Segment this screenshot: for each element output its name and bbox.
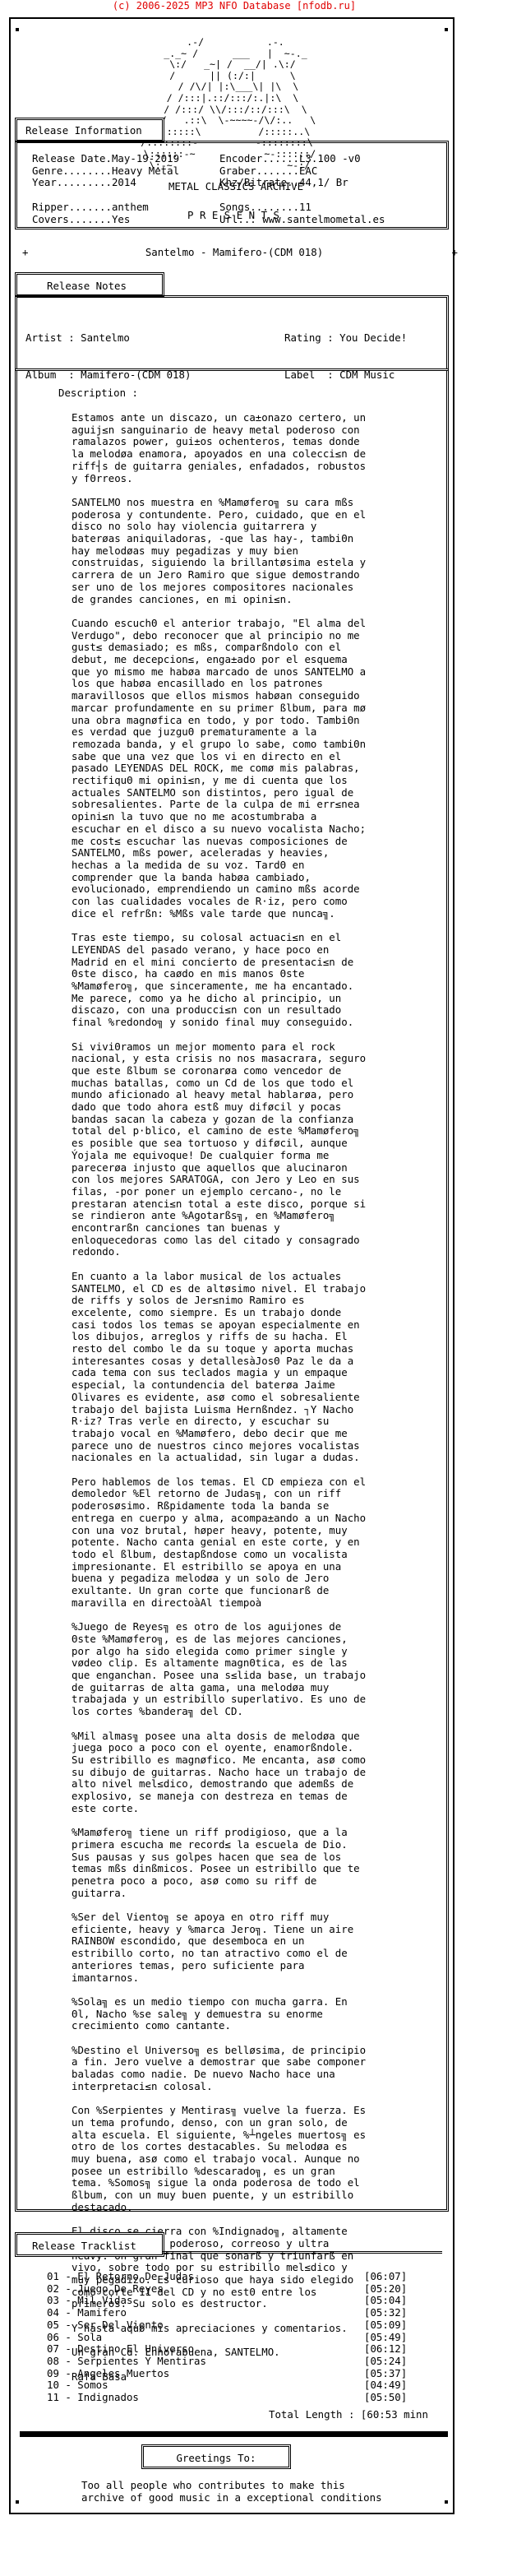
description-paragraph: Pero hablemos de los temas. El CD empiez… — [72, 1476, 450, 1610]
track-title: 06 - Sola — [47, 2332, 364, 2344]
description-paragraph: En cuanto a la labor musical de los actu… — [72, 1271, 450, 1464]
description-paragraph: Con %Serpientes y Mentiras╗ vuelve la fu… — [72, 2105, 450, 2213]
plus-marker: + — [22, 246, 28, 258]
track-row: 10 - Somos[04:49] — [47, 2379, 441, 2392]
corner-marker — [16, 2500, 19, 2504]
track-title: 09 - Angeles Muertos — [47, 2368, 364, 2380]
description-paragraph: %Sola╗ es un medio tiempo con mucha garr… — [72, 1996, 450, 2032]
track-length: [06:12] — [364, 2343, 407, 2356]
track-row: 06 - Sola[05:49] — [47, 2332, 441, 2344]
release-title: Santelmo - Mamifero-(CDM 018) — [22, 246, 446, 258]
release-info-tab-label: Release Information — [25, 124, 142, 137]
release-info-right-column: Encoder......L3.100 -v0 Graber.......EAC… — [219, 153, 385, 225]
track-title: 04 - Mamifero — [47, 2307, 364, 2319]
description-body: Estamos ante un discazo, un ca±onazo cer… — [72, 412, 450, 2395]
track-title: 11 - Indignados — [47, 2392, 364, 2404]
copyright-notice: (c) 2006-2025 MP3 NFO Database [nfodb.ru… — [0, 0, 468, 12]
track-length: [05:09] — [364, 2319, 407, 2332]
track-row: 03 - Mil Vidas[05:04] — [47, 2295, 441, 2307]
tracklist-tab: Release Tracklist — [15, 2232, 164, 2257]
track-list: 01 - El Retorno De Judas[06:07]02 - Jueg… — [47, 2271, 441, 2404]
track-length: [05:37] — [364, 2368, 407, 2380]
description-paragraph: SANTELMO nos muestra en %Mamøfero╗ su ca… — [72, 497, 450, 605]
track-row: 05 - Ser Del Viento[05:09] — [47, 2319, 441, 2332]
track-title: 01 - El Retorno De Judas — [47, 2271, 364, 2283]
corner-marker — [445, 2500, 448, 2504]
track-length: [05:24] — [364, 2356, 407, 2368]
description-paragraph: Cuando escuchΘ el anterior trabajo, "El … — [72, 618, 450, 920]
description-paragraph: %Mamøfero╗ tiene un riff prodigioso, que… — [72, 1827, 450, 1899]
track-title: 08 - Serpientes Y Mentiras — [47, 2356, 364, 2368]
track-row: 09 - Angeles Muertos[05:37] — [47, 2368, 441, 2380]
track-row: 11 - Indignados[05:50] — [47, 2392, 441, 2404]
release-notes-tab-label: Release Notes — [47, 280, 127, 292]
rating-line: Rating : You Decide! — [284, 332, 407, 345]
greetings-tab-label: Greetings To: — [177, 2452, 256, 2464]
release-info-box: Release Date.May-19-2019 Genre........He… — [15, 141, 449, 229]
track-length: [05:50] — [364, 2392, 407, 2404]
artist-line: Artist : Santelmo — [25, 332, 191, 345]
track-row: 02 - Juego De Reyes[05:20] — [47, 2283, 441, 2296]
release-info-left-column: Release Date.May-19-2019 Genre........He… — [32, 153, 179, 225]
release-notes-header-box: Artist : Santelmo Album : Mamifero-(CDM … — [15, 295, 449, 371]
description-paragraph: Estamos ante un discazo, un ca±onazo cer… — [72, 412, 450, 484]
description-heading: Description : — [58, 387, 138, 400]
greetings-text: Too all people who contributes to make t… — [81, 2480, 382, 2504]
total-length: Total Length : [60:53 minn — [269, 2409, 428, 2421]
description-box: Description : Estamos ante un discazo, u… — [15, 368, 449, 2212]
track-length: [04:49] — [364, 2379, 407, 2392]
description-paragraph: %Mil almas╗ posee una alta dosis de melo… — [72, 1730, 450, 1815]
track-title: 02 - Juego De Reyes — [47, 2283, 364, 2296]
track-length: [05:20] — [364, 2283, 407, 2296]
description-paragraph: %Juego de Reyes╗ es otro de los aguijone… — [72, 1621, 450, 1718]
release-info-tab: Release Information — [15, 118, 164, 142]
track-title: 05 - Ser Del Viento — [47, 2319, 364, 2332]
corner-marker — [445, 28, 448, 31]
plus-marker: + — [452, 246, 458, 258]
nfo-frame: .-/ .-. _._~ / ___ | ~-._ \:/ _~| / __/|… — [9, 17, 454, 2514]
description-paragraph: Tras este tiempo, su colosal actuaci≤n e… — [72, 932, 450, 1029]
track-row: 07 - Destino El Universo[06:12] — [47, 2343, 441, 2356]
track-length: [05:49] — [364, 2332, 407, 2344]
description-paragraph: %Destino el Universo╗ es belløsima, de p… — [72, 2045, 450, 2093]
description-paragraph: Si viviΘramos un mejor momento para el r… — [72, 1041, 450, 1259]
track-length: [06:07] — [364, 2271, 407, 2283]
track-row: 04 - Mamifero[05:32] — [47, 2307, 441, 2319]
track-row: 01 - El Retorno De Judas[06:07] — [47, 2271, 441, 2283]
separator-bar — [20, 2431, 448, 2437]
tracklist-tab-label: Release Tracklist — [32, 2240, 136, 2252]
track-length: [05:04] — [364, 2295, 407, 2307]
greetings-tab: Greetings To: — [141, 2444, 291, 2469]
description-paragraph: %Ser del Viento╗ se apoya en otro riff m… — [72, 1911, 450, 1984]
release-title-line: + Santelmo - Mamifero-(CDM 018) + — [22, 246, 458, 258]
tracklist-rule — [163, 2251, 442, 2254]
track-title: 03 - Mil Vidas — [47, 2295, 364, 2307]
track-title: 07 - Destino El Universo — [47, 2343, 364, 2356]
track-title: 10 - Somos — [47, 2379, 364, 2392]
track-length: [05:32] — [364, 2307, 407, 2319]
release-notes-tab: Release Notes — [15, 272, 164, 297]
track-row: 08 - Serpientes Y Mentiras[05:24] — [47, 2356, 441, 2368]
corner-marker — [16, 28, 19, 31]
